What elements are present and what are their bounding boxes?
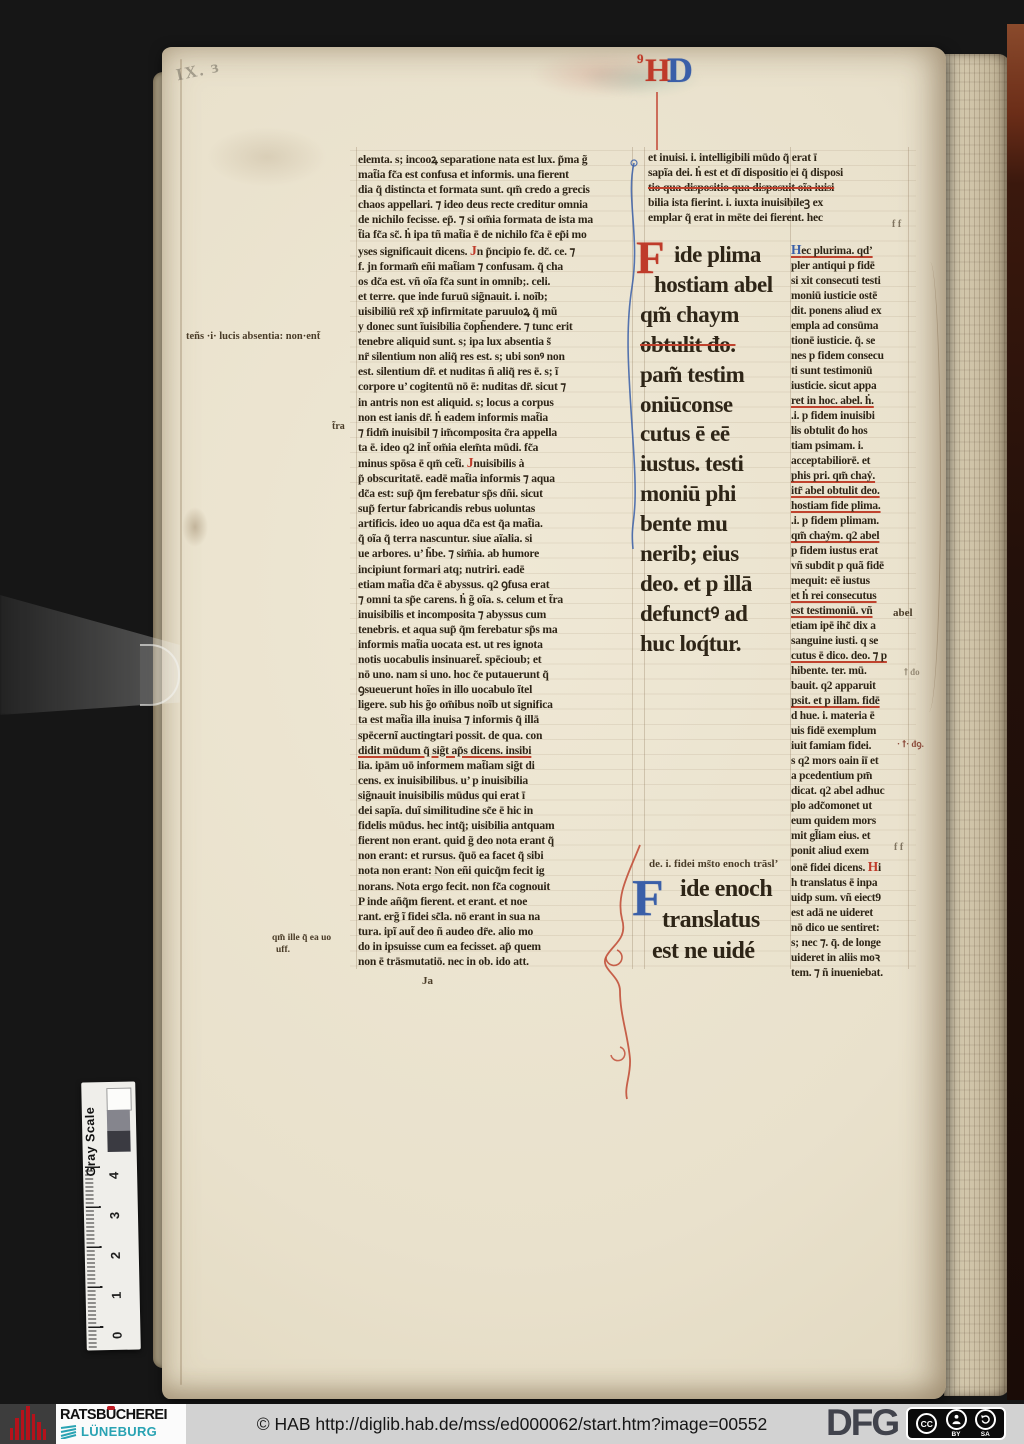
share-alike-icon bbox=[975, 1409, 996, 1430]
gloss-text-line: tiam psimam. i. bbox=[791, 439, 913, 454]
gloss-text-line: et ḣ rei consecutus bbox=[791, 589, 913, 604]
by-label: BY bbox=[951, 1431, 960, 1438]
manuscript-text-line: lia. ipām uō informem mat̃iam sig̃t di bbox=[358, 758, 634, 773]
gloss-text-line: .i. p fidem inuisibi bbox=[791, 409, 913, 424]
logo-bar bbox=[10, 1428, 14, 1440]
catchword: Ja bbox=[422, 975, 433, 987]
manuscript-text-line: t̃ia fc̃a sc̃. ḣ ipa tñ mat̃ia ē de nich… bbox=[358, 227, 634, 242]
manuscript-text-line: etiam mat̃ia dc̃a ē abyssus. q2 ꝯfusa er… bbox=[358, 577, 634, 592]
umlaut-red-dot bbox=[107, 1406, 115, 1410]
manuscript-text-line: chaos appellari. ⁊ ideo deus recte credi… bbox=[358, 197, 634, 212]
gloss-text-line: uideret in aliis moꝛ bbox=[791, 951, 913, 966]
manuscript-text-line: dia q̃ distincta et formata sunt. qm̃ cr… bbox=[358, 182, 634, 197]
gloss-text-line: s q2 mors oain iī et bbox=[791, 754, 913, 769]
next-leaf-edge bbox=[914, 262, 941, 712]
manuscript-text-line: y donec sunt ĩuisibilia c̃oph̃endere. ⁊ … bbox=[358, 319, 634, 334]
manuscript-page: IX. ɜ 9 H D elemta. s; incooꝝ separation… bbox=[162, 47, 946, 1399]
book-cover-edge bbox=[1007, 24, 1024, 1400]
margin-mark-mid: ꝉ đo bbox=[904, 667, 920, 678]
gloss-text-line: d hue. i. materia ē bbox=[791, 709, 913, 724]
ruler-number: 2 bbox=[108, 1252, 123, 1260]
manuscript-text-line: nr̃ silentium non aliq̃ res est. s; ubi … bbox=[358, 349, 634, 364]
gloss-text-line: iusticie. sicut appa bbox=[791, 379, 913, 394]
stain bbox=[207, 127, 327, 187]
manuscript-text-line: de nichilo fecisse. ep̃. ⁊ si om̃ia form… bbox=[358, 212, 634, 227]
gloss-intro-line: de. i. fidei ms̃to enoch trāsl’ bbox=[649, 858, 778, 870]
manuscript-text-line: ta ē. ideo q2 int̃ om̃ia elem̃ta mūdi. f… bbox=[358, 440, 634, 455]
gloss-text-line: p fidem iustus erat bbox=[791, 544, 913, 559]
library-name-line2: LÜNEBURG bbox=[81, 1424, 157, 1439]
manuscript-text-line: elemta. s; incooꝝ separatione nata est l… bbox=[358, 152, 634, 167]
gloss-text-line: empla ad consūma bbox=[791, 319, 913, 334]
manuscript-text-line: ta est mat̃ia illa inuisa ⁊ informis q̃ … bbox=[358, 712, 634, 727]
manuscript-text-line: ⁊ omni ta sp̃e carens. ḣ g̃ oĩa. s. celu… bbox=[358, 592, 634, 607]
lemma-text-line: est ne uidé bbox=[652, 936, 800, 967]
manuscript-text-line: et inuisi. i. intelligibili mūdo q̃ erat… bbox=[648, 150, 908, 165]
gloss-text-line: itr̃ abel obtulit deo. bbox=[791, 484, 913, 499]
gloss-text-line: iuit famiam fidei. bbox=[791, 739, 913, 754]
manuscript-text-line: sapĩa dei. ḣ est et dĩ dispositio ei q̃ … bbox=[648, 165, 908, 180]
cc-by-item: BY bbox=[946, 1409, 967, 1438]
logo-bar bbox=[32, 1414, 36, 1440]
gloss-text-line: a pcedentium pm̄ bbox=[791, 769, 913, 784]
gloss-text-line: nes p fidem consecu bbox=[791, 349, 913, 364]
manuscript-text-line: incipiunt formari atq; nutriri. eadē bbox=[358, 562, 634, 577]
running-header-blue-letter: D bbox=[667, 49, 693, 91]
margin-note-tra: t̃ra bbox=[332, 421, 345, 432]
manuscript-text-line: tenebris. et aqua sup̃ q̃m ferebatur sp̃… bbox=[358, 622, 634, 637]
blue-pen-flourish bbox=[620, 157, 644, 557]
gloss-text-line: onē fidei dicens. Hi bbox=[791, 859, 913, 876]
lemma-large-text-column: ide plimahostiam abelqm̃ chaymobtulit đo… bbox=[640, 240, 796, 662]
gloss-text-line: acceptabiliorē. et bbox=[791, 454, 913, 469]
manuscript-text-line: cens. ex inuisibilibus. u’ p inuisibilia bbox=[358, 773, 634, 788]
dfg-logo[interactable]: DFG bbox=[826, 1402, 898, 1444]
lemma-text-line: deo. et p illā bbox=[640, 569, 796, 599]
lemma-text-line: translatus bbox=[662, 905, 800, 936]
manuscript-text-line: p̃ obscuritatē. eadē mat̃ia informis ⁊ a… bbox=[358, 471, 634, 486]
gloss-text-line: sanguine iusti. q se bbox=[791, 634, 913, 649]
grayscale-ruler: Gray Scale 43210 bbox=[81, 1081, 141, 1350]
logo-bar bbox=[15, 1418, 19, 1440]
gloss-text-line: dit. ponens aliud ex bbox=[791, 304, 913, 319]
library-name-line1: RATSBÜCHEREI bbox=[60, 1407, 182, 1423]
margin-note-bottom-2: uff. bbox=[276, 945, 290, 955]
gloss-text-line: hostiam fide plima. bbox=[791, 499, 913, 514]
book-fore-edge-pages bbox=[944, 54, 1010, 1396]
sa-label: SA bbox=[981, 1431, 990, 1438]
gloss-text-line: etiam ipē ihc̃ dix a bbox=[791, 619, 913, 634]
manuscript-text-line: mat̃ia fc̃a est confusa et informis. una… bbox=[358, 167, 634, 182]
gloss-text-line: uis fidē exemplum bbox=[791, 724, 913, 739]
manuscript-text-line: os dc̃a est. vñ oĩa fc̃a sunt in omnib;.… bbox=[358, 274, 634, 289]
gloss-text-line: .i. p fidem plimam. bbox=[791, 514, 913, 529]
ruler-number: 3 bbox=[107, 1212, 122, 1220]
inline-colored-initial: J bbox=[470, 243, 477, 258]
lemma-text-line: moniū phi bbox=[640, 479, 796, 509]
gloss-text-line: hibente. ter. mū. bbox=[791, 664, 913, 679]
manuscript-text-line: sig̃nauit inuisibilis mūdus qui erat ī bbox=[358, 788, 634, 803]
gloss-text-line: tionē iusticie. q̃. se bbox=[791, 334, 913, 349]
manuscript-text-line: didit mūdum q̃ sig̃t ap̃s dicens. insibi bbox=[358, 743, 634, 758]
manuscript-text-line: dei sapĩa. duĩ similitudine sc̃e ē hic i… bbox=[358, 803, 634, 818]
upper-right-text-block: et inuisi. i. intelligibili mūdo q̃ erat… bbox=[648, 150, 908, 230]
gloss-text-line: eum quidem mors bbox=[791, 814, 913, 829]
inline-colored-initial: H bbox=[868, 859, 878, 874]
margin-mark-low: f f bbox=[894, 842, 903, 853]
inline-colored-initial: J bbox=[467, 455, 474, 470]
gloss-text-line: mequit: eē iustus bbox=[791, 574, 913, 589]
logo-bar bbox=[43, 1429, 47, 1440]
manuscript-text-line: sup̃ fertur fabricandis rebus uoluntas bbox=[358, 501, 634, 516]
manuscript-text-line: et terre. que inde furuū sig̃nauit. i. n… bbox=[358, 289, 634, 304]
lemma-text-line: obtulit đo. bbox=[640, 330, 796, 360]
column-guide bbox=[356, 147, 357, 969]
gloss-text-line: ti sunt testimoniū bbox=[791, 364, 913, 379]
lemma-text-line: huc loq́tur. bbox=[640, 629, 796, 659]
margin-note-absentia: teñs ·i· lucis absentia: non·ent̃ bbox=[186, 331, 320, 342]
page-crease bbox=[180, 59, 182, 1385]
gloss-text-line: tem. ⁊ ñ inueniebat. bbox=[791, 966, 913, 978]
ruler-number: 1 bbox=[109, 1292, 124, 1300]
cc-icon: CC bbox=[916, 1413, 937, 1434]
gloss-text-line: s; nec ⁊. q̄. de longe bbox=[791, 936, 913, 951]
inline-colored-initial: H bbox=[791, 242, 801, 257]
manuscript-text-line: est. silentium dr̃. et nuditas ñ aliq̃ r… bbox=[358, 364, 634, 379]
lemma-text-line: hostiam abel bbox=[654, 270, 796, 300]
lemma-text-line: bente mu bbox=[640, 509, 796, 539]
ratsbuecherei-bars-logo[interactable] bbox=[0, 1404, 56, 1444]
digitized-manuscript-viewer: IX. ɜ 9 H D elemta. s; incooꝝ separation… bbox=[0, 0, 1024, 1444]
manuscript-text-line: ꝯsueuerunt hoĩes in illo uocabulo ĩtel bbox=[358, 682, 634, 697]
gloss-text-line: si xit consecuti testi bbox=[791, 274, 913, 289]
logo-bar bbox=[21, 1410, 25, 1440]
ruler-number: 0 bbox=[110, 1332, 125, 1340]
margin-note-abel: abel bbox=[893, 607, 913, 619]
manuscript-text-line: ligere. sub his g̃o om̃ibus noĩb ut sign… bbox=[358, 697, 634, 712]
manuscript-text-line: ⁊ fidm̃ inuisibil ⁊ im̃composita c̃ra ap… bbox=[358, 425, 634, 440]
gloss-text-line: Hec plurima. qd’ bbox=[791, 242, 913, 259]
gloss-text-line: vñ subdit p quã fidē bbox=[791, 559, 913, 574]
manuscript-text-line: ue arbores. u’ h̃be. ⁊ sim̃ia. ab humore bbox=[358, 546, 634, 561]
manuscript-text-line: notis uocabulis insinuaret̃. spēcioub; e… bbox=[358, 652, 634, 667]
header-mark: 9 bbox=[637, 51, 644, 67]
gloss-text-line: h translatus ē inpa bbox=[791, 876, 913, 891]
manuscript-text-line: inuisibilis et incomposita ⁊ abyssus cum bbox=[358, 607, 634, 622]
lemma-text-line: ide enoch bbox=[680, 874, 800, 905]
cc-sa-item: SA bbox=[975, 1409, 996, 1438]
manuscript-text-line: tenebre aliquid sunt. s; ipa lux absenti… bbox=[358, 334, 634, 349]
gloss-text-line: cutus ē dico. deo. ⁊ p bbox=[791, 649, 913, 664]
ratsbuecherei-logo[interactable]: RATSBÜCHEREI LÜNEBURG bbox=[56, 1404, 186, 1444]
manuscript-text-line: minus spōsa ē qm̃ cet̃i. Jnuisibilis à bbox=[358, 455, 634, 471]
attribution-person-icon bbox=[946, 1409, 967, 1430]
manuscript-text-line: non est ianis dr̃. ḣ eadem informis mat̃… bbox=[358, 410, 634, 425]
gloss-text-line: qm̃ chaẏm. q2 abel bbox=[791, 529, 913, 544]
manuscript-text-line: nō uno. nam si uno. hoc c̃e putauerunt q… bbox=[358, 667, 634, 682]
margin-mark-top: f f bbox=[892, 219, 901, 230]
gloss-text-line: bauit. q2 apparuit bbox=[791, 679, 913, 694]
lemma-text-line: oniūconse bbox=[640, 390, 796, 420]
margin-note-bottom-1: qm̃ ille q̃ ea uo bbox=[272, 933, 331, 943]
stain bbox=[182, 507, 208, 547]
attribution-link[interactable]: © HAB http://diglib.hab.de/mss/ed000062/… bbox=[257, 1404, 768, 1444]
manuscript-text-line: spēcernĩ auctingtari possit. de qua. con bbox=[358, 728, 634, 743]
manuscript-text-line: informis mat̃ia uocata est. ut res ignot… bbox=[358, 637, 634, 652]
logo-bar bbox=[37, 1422, 41, 1440]
gloss-text-line: moniū iusticie ostē bbox=[791, 289, 913, 304]
manuscript-text-line: bilia ista fierint. i. iuxta inuisibileꝫ… bbox=[648, 195, 908, 210]
lemma-text-line: pam̃ testim bbox=[640, 360, 796, 390]
gloss-text-line: uidp sum. vñ eiect9 bbox=[791, 891, 913, 906]
manuscript-text-line: dc̃a est: sup̃ q̃m ferebatur sp̃s dñi. s… bbox=[358, 486, 634, 501]
gloss-text-line: ret in hoc. abel. ḣ. bbox=[791, 394, 913, 409]
gloss-text-line: lis obtulit đo hos bbox=[791, 424, 913, 439]
ruler-numbers: 43210 bbox=[81, 1081, 141, 1350]
lemma-text-line: cutus ē eē bbox=[640, 419, 796, 449]
manuscript-text-line: emplar q̃ erat in mēte dei fierent. hec bbox=[648, 210, 908, 225]
manuscript-text-line: in antris non est aliquid. s; locus a co… bbox=[358, 395, 634, 410]
manuscript-text-line: artificis. ideo uo aqua dc̃a est q̃a mat… bbox=[358, 516, 634, 531]
lemma-text-line: ide plima bbox=[674, 240, 796, 270]
gloss-text-line: dicat. q2 abel adhuc bbox=[791, 784, 913, 799]
cc-license-badge[interactable]: CC BY SA bbox=[906, 1407, 1006, 1440]
lemma-text-line: qm̃ chaym bbox=[640, 300, 796, 330]
gloss-text-line: pler antiqui p fidē bbox=[791, 259, 913, 274]
gloss-text-line: nō dico ue sentiret: bbox=[791, 921, 913, 936]
logo-bar bbox=[26, 1406, 30, 1440]
gloss-text-line: plo adc̃omonet ut bbox=[791, 799, 913, 814]
red-pen-flourish bbox=[574, 837, 666, 1103]
header-flourish-stroke bbox=[656, 92, 658, 150]
book-icon bbox=[60, 1425, 78, 1439]
manuscript-text-line: uisibiliū rex̃ xp̃ infirmitate paruuloꝝ … bbox=[358, 304, 634, 319]
manuscript-text-line: f. jn formam̃ eñi mat̃iam ⁊ confusam. q̃… bbox=[358, 259, 634, 274]
gloss-text-line: phis pri. qm̃ chaẏ. bbox=[791, 469, 913, 484]
lemma-text-line: nerib; eius bbox=[640, 539, 796, 569]
ruler-number: 4 bbox=[106, 1172, 121, 1180]
manuscript-text-line: corpore u’ cogitentū nō ē: nuditas dr̃. … bbox=[358, 379, 634, 394]
manuscript-text-line: q̃ oĩa q̃ terra nascuntur. siue aĩalia. … bbox=[358, 531, 634, 546]
gloss-text-line: est adā ne uideret bbox=[791, 906, 913, 921]
gloss-text-line: psit. et p illam. fidē bbox=[791, 694, 913, 709]
manuscript-text-line: tio qua dispositio qua disposuit oĩa iui… bbox=[648, 180, 908, 195]
margin-note-lo: · ꝉ· đꝯ. bbox=[897, 737, 924, 750]
footer-bar: RATSBÜCHEREI LÜNEBURG © HAB http://digli… bbox=[0, 1404, 1024, 1444]
lemma-text-line: defunctꝰ ad bbox=[640, 599, 796, 629]
lemma-text-line: iustus. testi bbox=[640, 449, 796, 479]
manuscript-text-line: fidelis mūdus. hec intq̃; uisibilia antq… bbox=[358, 818, 634, 833]
manuscript-text-line: yses significauit dicens. Jn p̃ncipio fe… bbox=[358, 243, 634, 259]
